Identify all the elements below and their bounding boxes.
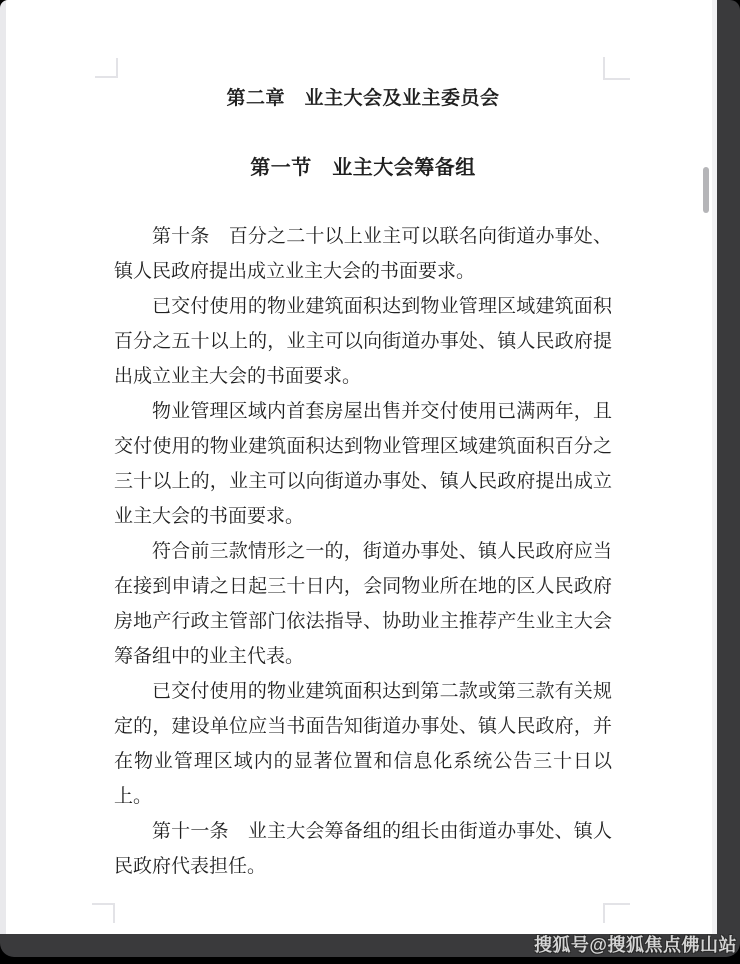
document-page: 第二章 业主大会及业主委员会 第一节 业主大会筹备组 第十条 百分之二十以上业主… (6, 0, 712, 934)
margin-mark-bottom-left-icon (92, 903, 115, 923)
page-shadow-edge (712, 0, 717, 934)
chapter-title: 第二章 业主大会及业主委员会 (114, 81, 612, 116)
document-paragraph: 已交付使用的物业建筑面积达到物业管理区域建筑面积百分之五十以上的，业主可以向街道… (114, 289, 612, 394)
section-title: 第一节 业主大会筹备组 (114, 151, 612, 186)
sohu-watermark: 搜狐号@搜狐焦点佛山站 (534, 932, 737, 958)
document-paragraph: 第十一条 业主大会筹备组的组长由街道办事处、镇人民政府代表担任。 (114, 814, 612, 884)
document-viewer[interactable]: 第二章 业主大会及业主委员会 第一节 业主大会筹备组 第十条 百分之二十以上业主… (0, 0, 740, 957)
scrollbar-thumb[interactable] (703, 167, 709, 213)
margin-mark-top-left-icon (95, 58, 118, 78)
margin-mark-top-right-icon (603, 57, 630, 80)
document-paragraph: 已交付使用的物业建筑面积达到第二款或第三款有关规定的，建设单位应当书面告知街道办… (114, 674, 612, 814)
document-paragraph: 第十条 百分之二十以上业主可以联名向街道办事处、镇人民政府提出成立业主大会的书面… (114, 219, 612, 289)
margin-mark-bottom-right-icon (603, 903, 630, 923)
document-content: 第二章 业主大会及业主委员会 第一节 业主大会筹备组 第十条 百分之二十以上业主… (6, 0, 712, 934)
document-paragraph: 物业管理区域内首套房屋出售并交付使用已满两年，且交付使用的物业建筑面积达到物业管… (114, 394, 612, 534)
document-paragraph: 符合前三款情形之一的，街道办事处、镇人民政府应当在接到申请之日起三十日内，会同物… (114, 534, 612, 674)
document-body: 第十条 百分之二十以上业主可以联名向街道办事处、镇人民政府提出成立业主大会的书面… (114, 219, 612, 884)
screenshot-root: 第二章 业主大会及业主委员会 第一节 业主大会筹备组 第十条 百分之二十以上业主… (0, 0, 740, 964)
